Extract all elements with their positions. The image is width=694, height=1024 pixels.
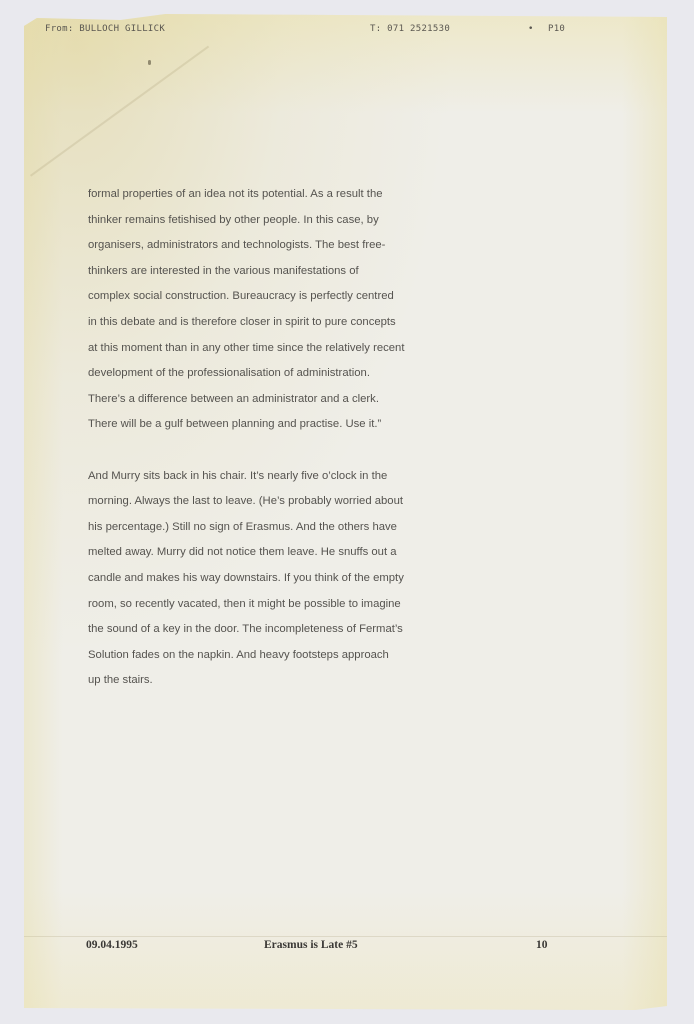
- document-body: formal properties of an idea not its pot…: [88, 182, 468, 694]
- text-line: in this debate and is therefore closer i…: [88, 310, 468, 336]
- text-line: formal properties of an idea not its pot…: [88, 182, 468, 208]
- text-line: complex social construction. Bureaucracy…: [88, 284, 468, 310]
- text-line: melted away. Murry did not notice them l…: [88, 540, 468, 566]
- fax-header: From: BULLOCH GILLICK T: 071 2521530 • P…: [0, 24, 694, 38]
- paper-fold-line: [24, 936, 667, 937]
- text-line: morning. Always the last to leave. (He’s…: [88, 489, 468, 515]
- text-line: up the stairs.: [88, 668, 468, 694]
- fax-page-number: P10: [548, 24, 565, 34]
- paper-stain: [148, 60, 151, 65]
- footer-page-number: 10: [536, 939, 548, 951]
- text-line: thinker remains fetishised by other peop…: [88, 208, 468, 234]
- paragraph-2: And Murry sits back in his chair. It’s n…: [88, 464, 468, 694]
- text-line: the sound of a key in the door. The inco…: [88, 617, 468, 643]
- text-line: room, so recently vacated, then it might…: [88, 592, 468, 618]
- text-line: Solution fades on the napkin. And heavy …: [88, 643, 468, 669]
- text-line: organisers, administrators and technolog…: [88, 233, 468, 259]
- text-line: at this moment than in any other time si…: [88, 336, 468, 362]
- footer-title: Erasmus is Late #5: [264, 939, 358, 951]
- text-line: development of the professionalisation o…: [88, 361, 468, 387]
- text-line: thinkers are interested in the various m…: [88, 259, 468, 285]
- text-line: candle and makes his way downstairs. If …: [88, 566, 468, 592]
- footer-date: 09.04.1995: [86, 939, 138, 951]
- text-line: There will be a gulf between planning an…: [88, 412, 468, 438]
- fax-dot-mark: •: [528, 24, 534, 34]
- fax-sender: From: BULLOCH GILLICK: [45, 24, 165, 34]
- document-footer: 09.04.1995 Erasmus is Late #5 10: [0, 939, 694, 953]
- text-line: his percentage.) Still no sign of Erasmu…: [88, 515, 468, 541]
- fax-telephone: T: 071 2521530: [370, 24, 450, 34]
- text-line: And Murry sits back in his chair. It’s n…: [88, 464, 468, 490]
- paragraph-1: formal properties of an idea not its pot…: [88, 182, 468, 438]
- text-line: There’s a difference between an administ…: [88, 387, 468, 413]
